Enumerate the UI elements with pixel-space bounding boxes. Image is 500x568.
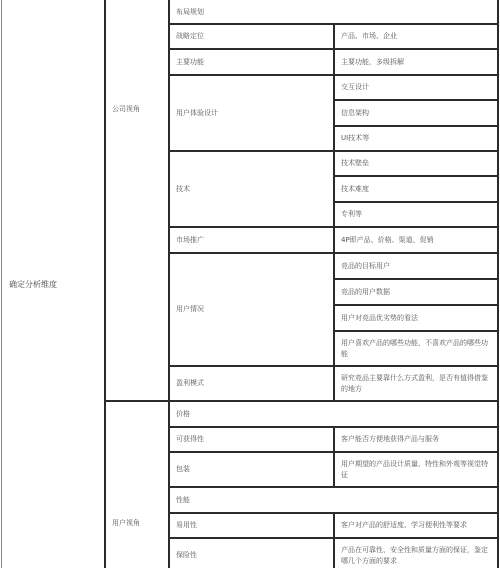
detail-cell: 竞品的目标用户 <box>335 253 497 279</box>
detail-text: 产品、市场、企业 <box>341 31 397 42</box>
detail-cell: 交互设计 <box>335 75 497 100</box>
dimension-cell: 主要功能 <box>170 49 333 75</box>
dimension-cell: 可获得性 <box>170 427 333 452</box>
group-label-company: 公司视角 <box>112 104 140 115</box>
detail-text: 交互设计 <box>341 82 369 93</box>
detail-text: 客户对产品的舒适度、学习便利性等要求 <box>341 520 467 531</box>
dimension-label: 包装 <box>176 464 190 475</box>
dimension-cell: 技术 <box>170 151 333 227</box>
detail-cell: 技术难度 <box>335 176 497 202</box>
row-divider <box>333 175 499 177</box>
dimension-label: 可获得性 <box>176 434 204 445</box>
row-divider <box>333 330 499 332</box>
analysis-dimension-table: 确定分析维度 公司视角 用户视角 布局规划 战略定位 产品、市场、企业 主要功能… <box>0 0 500 568</box>
row-divider <box>168 451 499 453</box>
dimension-label: 技术 <box>176 184 190 195</box>
detail-text: 竞品的目标用户 <box>341 261 390 272</box>
col-divider-3c <box>333 512 335 568</box>
col-divider-2 <box>168 0 170 568</box>
detail-cell: 用户喜欢产品的哪些功能，不喜欢产品的哪些功能 <box>335 331 497 366</box>
dimension-cell: 保险性 <box>170 538 333 568</box>
group-divider <box>104 400 499 402</box>
dimension-label: 性能 <box>176 495 190 506</box>
dimension-cell: 包装 <box>170 452 333 487</box>
row-divider <box>333 201 499 203</box>
detail-text: 客户能否方便地获得产品与服务 <box>341 434 439 445</box>
detail-text: 专利等 <box>341 209 362 220</box>
detail-cell: 4P即产品、价格、渠道、促销 <box>335 227 497 253</box>
table-left-border <box>1 0 2 568</box>
detail-cell: 信息架构 <box>335 100 497 126</box>
detail-cell: 主要功能，多级拆解 <box>335 49 497 75</box>
dimension-cell: 布局规划 <box>170 0 497 24</box>
row-divider <box>168 74 499 76</box>
dimension-cell: 用户情况 <box>170 253 333 366</box>
col-divider-3 <box>333 23 335 401</box>
dimension-cell: 战略定位 <box>170 24 333 49</box>
detail-cell: 产品在可靠性、安全性和质量方面的保证，鉴定哪几个方面的要求 <box>335 538 497 568</box>
detail-cell: 客户对产品的舒适度、学习便利性等要求 <box>335 513 497 538</box>
detail-text: 研究竞品主要靠什么方式盈利，是否有值得借鉴的地方 <box>341 373 493 395</box>
dimension-cell: 用户体验设计 <box>170 75 333 151</box>
group-cell-company: 公司视角 <box>106 0 168 401</box>
row-divider <box>168 365 499 367</box>
detail-cell: 研究竞品主要靠什么方式盈利，是否有值得借鉴的地方 <box>335 366 497 401</box>
detail-text: 用户对竞品优劣势的看法 <box>341 313 418 324</box>
detail-text: UI技术等 <box>341 133 369 144</box>
row-divider <box>333 99 499 101</box>
detail-text: 技术难度 <box>341 184 369 195</box>
row-divider <box>168 537 499 539</box>
row-divider <box>333 278 499 280</box>
detail-text: 竞品的用户数据 <box>341 287 390 298</box>
table-right-border <box>497 0 499 568</box>
group-label-user: 用户视角 <box>112 518 140 529</box>
dimension-cell: 性能 <box>170 487 497 513</box>
row-divider <box>168 252 499 254</box>
dimension-cell: 盈利模式 <box>170 366 333 401</box>
row-divider <box>168 23 499 25</box>
detail-cell: 专利等 <box>335 202 497 227</box>
dimension-label: 主要功能 <box>176 57 204 68</box>
row-divider <box>168 486 499 488</box>
row-divider <box>168 426 499 428</box>
detail-text: 主要功能，多级拆解 <box>341 57 404 68</box>
dimension-label: 市场推广 <box>176 235 204 246</box>
detail-cell: 用户对竞品优劣势的看法 <box>335 305 497 331</box>
detail-text: 用户期望的产品设计质量、特性和外观等视觉特征 <box>341 459 493 481</box>
row-divider <box>168 226 499 228</box>
dimension-label: 布局规划 <box>176 7 204 18</box>
root-dimension-cell: 确定分析维度 <box>3 0 104 568</box>
detail-text: 技术壁垒 <box>341 158 369 169</box>
dimension-label: 用户情况 <box>176 304 204 315</box>
detail-text: 用户喜欢产品的哪些功能，不喜欢产品的哪些功能 <box>341 338 493 360</box>
row-divider <box>168 512 499 514</box>
col-divider-1 <box>104 0 106 568</box>
detail-cell: 用户期望的产品设计质量、特性和外观等视觉特征 <box>335 452 497 487</box>
detail-cell: UI技术等 <box>335 126 497 151</box>
dimension-label: 用户体验设计 <box>176 108 218 119</box>
group-cell-user: 用户视角 <box>106 401 168 568</box>
row-divider <box>333 304 499 306</box>
row-divider <box>168 48 499 50</box>
dimension-label: 易用性 <box>176 520 197 531</box>
detail-cell: 客户能否方便地获得产品与服务 <box>335 427 497 452</box>
root-dimension-label: 确定分析维度 <box>9 279 57 290</box>
detail-cell: 产品、市场、企业 <box>335 24 497 49</box>
dimension-label: 价格 <box>176 409 190 420</box>
row-divider <box>168 150 499 152</box>
row-divider <box>333 125 499 127</box>
detail-text: 4P即产品、价格、渠道、促销 <box>341 235 434 246</box>
dimension-label: 保险性 <box>176 550 197 561</box>
dimension-label: 盈利模式 <box>176 378 204 389</box>
dimension-label: 战略定位 <box>176 31 204 42</box>
detail-cell: 竞品的用户数据 <box>335 279 497 305</box>
detail-text: 信息架构 <box>341 108 369 119</box>
dimension-cell: 市场推广 <box>170 227 333 253</box>
detail-cell: 技术壁垒 <box>335 151 497 176</box>
dimension-cell: 价格 <box>170 401 497 427</box>
dimension-cell: 易用性 <box>170 513 333 538</box>
detail-text: 产品在可靠性、安全性和质量方面的保证，鉴定哪几个方面的要求 <box>341 545 493 567</box>
col-divider-3b <box>333 426 335 487</box>
